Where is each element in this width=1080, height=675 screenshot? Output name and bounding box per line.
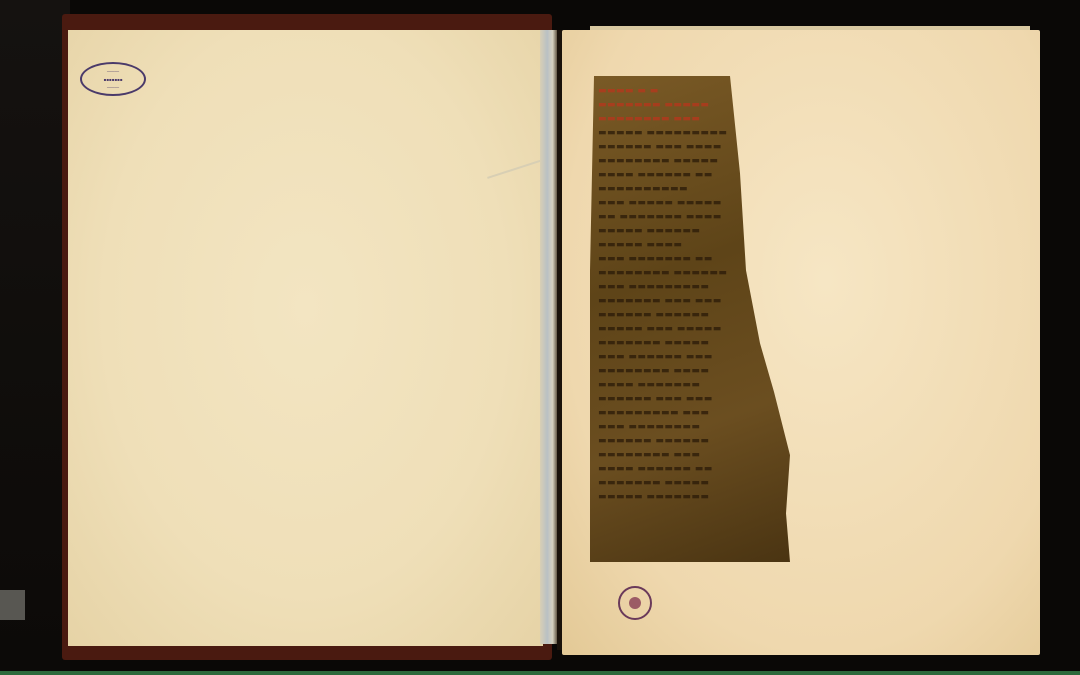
background: [0, 0, 70, 675]
manuscript-script: ▬▬▬▬ ▬ ▬ ▬▬▬▬▬▬▬ ▬▬▬▬▬ ▬▬▬▬▬▬▬▬ ▬▬▬ ▬▬▬▬…: [598, 84, 748, 544]
library-stamp-oval: ─────▪▪▪▪▪▪▪─────: [80, 62, 146, 96]
bottom-strip: [0, 671, 1080, 675]
left-page: [68, 30, 543, 646]
background-patch: [0, 590, 25, 620]
book-spine: [540, 30, 558, 644]
library-stamp-round: [618, 586, 652, 620]
